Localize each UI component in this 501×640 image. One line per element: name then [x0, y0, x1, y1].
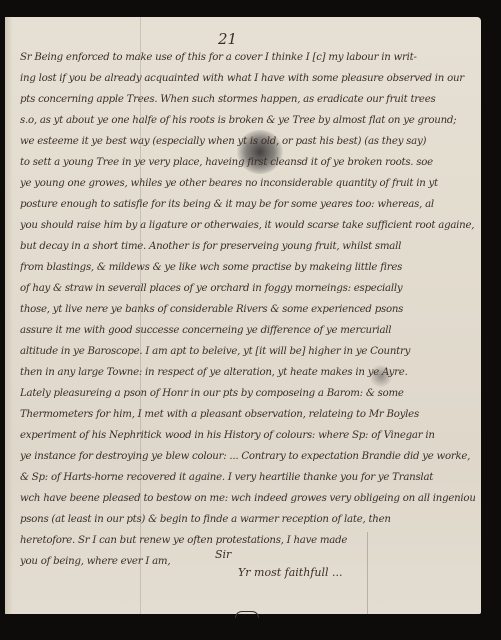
text-line: from blastings, & mildews & ye like wch …	[20, 257, 475, 278]
text-line: assure it me with good successe concerne…	[20, 320, 475, 341]
text-line: experiment of his Nephritick wood in his…	[20, 425, 475, 446]
text-line: Thermometers for him, I met with a pleas…	[20, 404, 475, 425]
text-line: to sett a young Tree in ye very place, h…	[20, 152, 475, 173]
text-line: then in any large Towne: in respect of y…	[20, 362, 475, 383]
text-line: wch have beene pleased to bestow on me: …	[20, 488, 475, 509]
text-line: those, yt live nere ye banks of consider…	[20, 299, 475, 320]
text-line: Lately pleasureing a pson of Honr in our…	[20, 383, 475, 404]
seal-mark	[235, 611, 259, 618]
text-line: psons (at least in our pts) & begin to f…	[20, 509, 475, 530]
text-line: but decay in a short time. Another is fo…	[20, 236, 475, 257]
text-line: ing lost if you be already acquainted wi…	[20, 68, 475, 89]
text-line: s.o, as yt about ye one halfe of his roo…	[20, 110, 475, 131]
text-line: posture enough to satisfie for its being…	[20, 194, 475, 215]
text-line: Sr Being enforced to make use of this fo…	[20, 47, 475, 68]
text-line: ye instance for destroying ye blew colou…	[20, 446, 475, 467]
text-line: we esteeme it ye best way (especially wh…	[20, 131, 475, 152]
text-line: ye young one growes, whiles ye other bea…	[20, 173, 475, 194]
text-line: altitude in ye Baroscope. I am apt to be…	[20, 341, 475, 362]
text-line: & Sp: of Harts-horne recovered it againe…	[20, 467, 475, 488]
text-line: of hay & straw in severall places of ye …	[20, 278, 475, 299]
closing-salutation: Sir	[215, 548, 231, 561]
letter-body: Sr Being enforced to make use of this fo…	[20, 47, 475, 572]
text-line: pts concerning apple Trees. When such st…	[20, 89, 475, 110]
text-line: heretofore. Sr I can but renew ye often …	[20, 530, 475, 551]
text-line: you should raise him by a ligature or ot…	[20, 215, 475, 236]
folio-number: 21	[218, 30, 237, 48]
closing-signoff: Yr most faithfull ...	[238, 566, 342, 579]
